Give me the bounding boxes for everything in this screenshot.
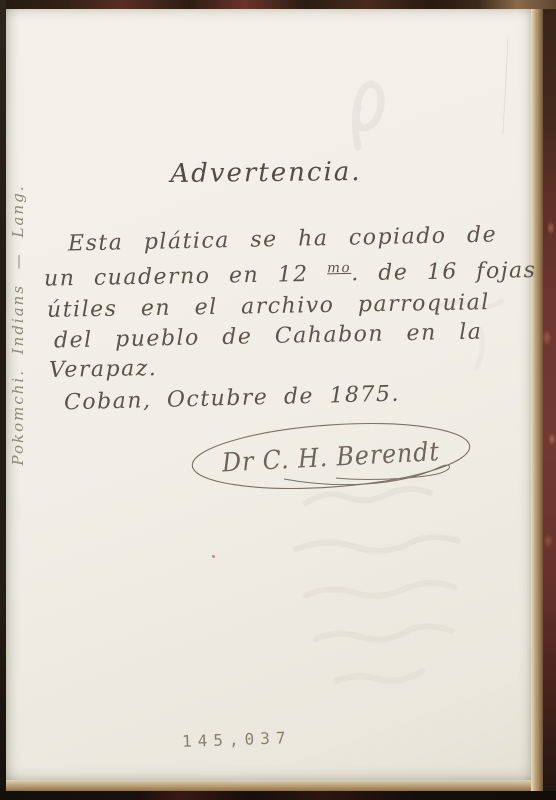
- duodecimo-superscript: mo: [327, 260, 351, 276]
- body-line-1: Esta plática se ha copiado de: [68, 223, 498, 257]
- page-title: Advertencia.: [146, 157, 386, 190]
- body-line-2: un cuaderno en 12 mo. de 16 fojas: [44, 257, 537, 292]
- signature-name: Dr C. H. Berendt: [220, 437, 440, 478]
- signature-block: Dr C. H. Berendt: [188, 419, 480, 499]
- dateline: Coban, Octubre de 1875.: [64, 382, 401, 416]
- paper-crease: [503, 39, 509, 134]
- page-edges-bottom: [6, 780, 531, 791]
- body-line-2-pre: un cuaderno en 12: [44, 262, 328, 292]
- book-edge-top: [0, 0, 556, 9]
- accession-number: 145,037: [182, 728, 292, 751]
- margin-language-note: Pokomchi. Indians — Lang.: [9, 145, 35, 505]
- marbled-endpaper-edge: [543, 9, 556, 791]
- body-line-2-post: . de 16 fojas: [351, 258, 537, 286]
- page-edges-right: [531, 9, 543, 791]
- body-line-4: del pueblo de Cahabon en la: [54, 320, 483, 354]
- red-ink-speck: [212, 555, 215, 558]
- book-edge-bottom: [0, 791, 556, 800]
- scanned-book-photo: Pokomchi. Indians — Lang. Advertencia. E…: [0, 0, 556, 800]
- body-line-5: Verapaz.: [49, 356, 158, 383]
- body-line-3: útiles en el archivo parroquial: [47, 290, 490, 323]
- manuscript-page: Pokomchi. Indians — Lang. Advertencia. E…: [6, 9, 531, 780]
